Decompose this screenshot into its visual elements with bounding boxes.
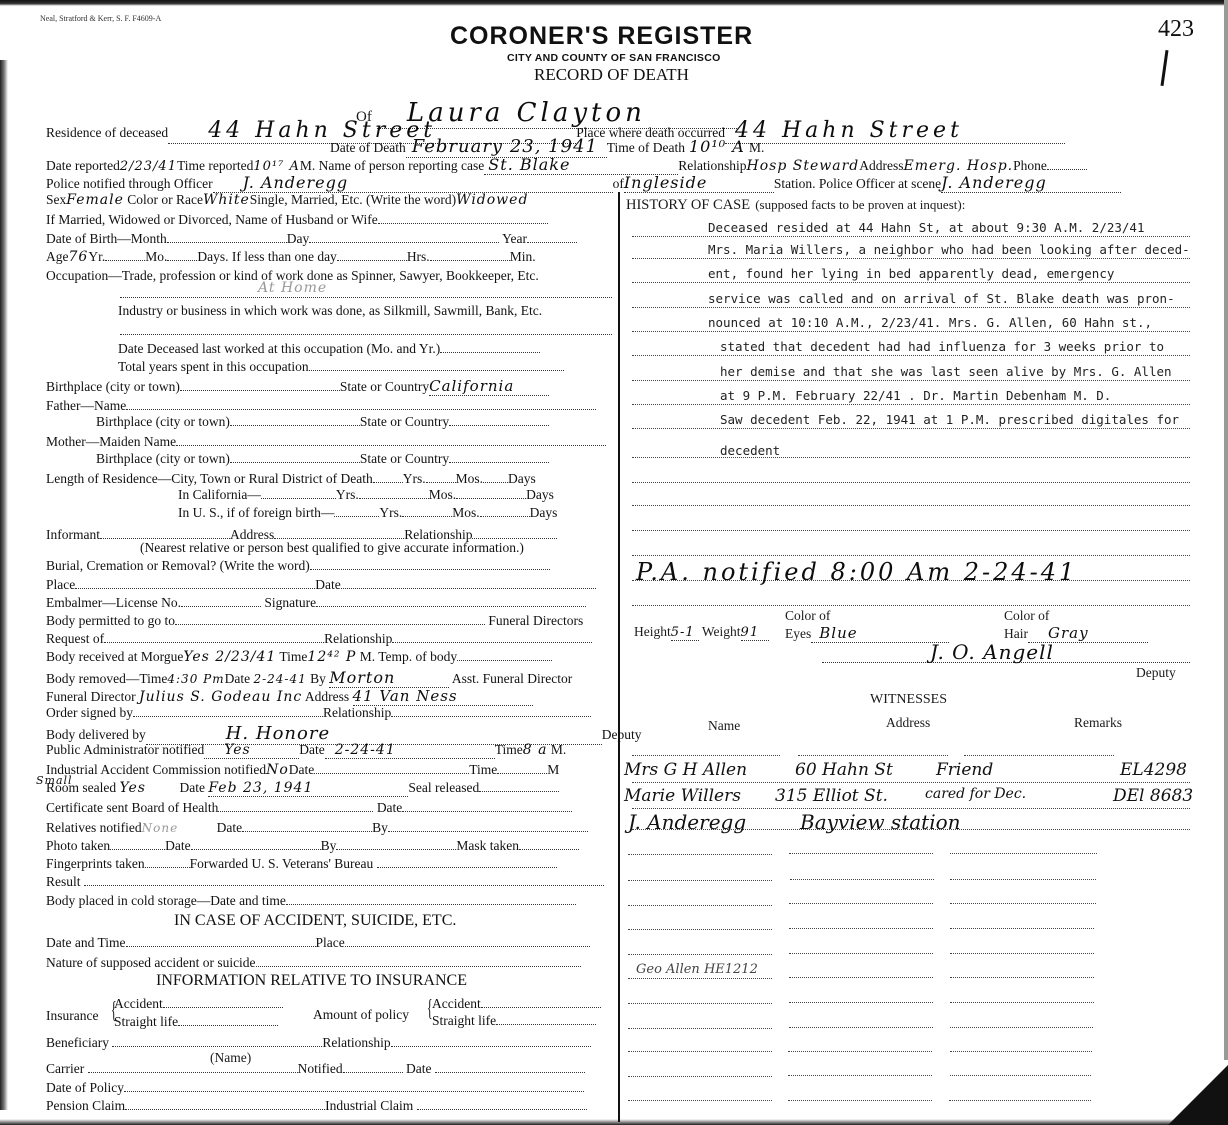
photo-row: Photo takenDateByMask taken [46,838,579,854]
room-value: Yes [120,780,180,796]
race-label: Color or Race [127,192,203,207]
pension-row: Pension ClaimIndustrial Claim [46,1098,587,1114]
informant-note-text: (Nearest relative or person best qualifi… [140,540,524,555]
dob-row: Date of Birth—MonthDay Year [46,231,577,247]
date-reported-value: 2/23/41 [120,159,177,174]
witness-2-remarks: cared for Dec. [925,786,1026,802]
dob-month-label: Date of Birth—Month [46,231,167,246]
pa-date-label: Date [299,742,324,757]
history-line: stated that decedent had had influenza f… [720,339,1164,354]
occupation-line [120,297,612,298]
iac-row: Industrial Accident Commission notifiedN… [46,762,559,778]
witness-3-name: J. Anderegg [628,810,746,834]
station-value: Ingleside [624,173,774,193]
address-label: Address [859,158,903,173]
page-subtitle: CITY AND COUNTY OF SAN FRANCISCO [507,52,721,64]
history-line: decedent [720,443,780,458]
photo-label: Photo taken [46,838,110,853]
pa-label: Public Administrator notified [46,742,204,757]
pension-label: Pension Claim [46,1098,125,1113]
witness-1-phone: EL4298 [1120,760,1187,780]
age-label: Age [46,249,69,264]
relationship-value: Hosp Steward [747,158,860,174]
order-relationship-label: Relationship [323,705,391,720]
height-row: Height5-1 Weight91 [634,624,769,641]
eyes-label: Eyes [785,626,811,641]
record-heading: RECORD OF DEATH [534,65,689,85]
removed-label: Body removed—Time [46,671,167,686]
fd-address-label: Address [305,689,349,704]
spouse-label: If Married, Widowed or Divorced, Name of… [46,212,378,227]
funeral-director-row: Funeral Director Julius S. Godeau Inc Ad… [46,687,533,706]
fingerprints-row: Fingerprints takenForwarded U. S. Vetera… [46,856,557,872]
pa-date-value: 2-24-41 [325,742,495,759]
race-value: White [203,192,250,208]
date-reported-label: Date reported [46,158,120,173]
min-label: Min. [510,249,536,264]
father-label: Father—Name [46,398,126,413]
embalmer-row: Embalmer—License No. Signature [46,595,586,611]
sex-race-row: SexFemale Color or RaceWhiteSingle, Marr… [46,192,528,208]
straight-life-label: Straight life [114,1014,178,1029]
removed-by-label: By [310,671,326,686]
last-worked-row: Date Deceased last worked at this occupa… [118,341,540,357]
eyes-row: EyesBlue [785,624,949,643]
notified-label: Notified [298,1061,343,1076]
witness-3-address: Bayview station [800,810,961,834]
date-reported-row: Date reported2/23/41Time reported10¹⁷ AM… [46,155,1087,175]
relatives-by-label: By [372,820,388,835]
history-line: her demise and that she was last seen al… [720,364,1172,379]
yrs-label: Yrs. [403,471,426,486]
amount-label-row: Amount of policy [313,1007,409,1023]
beneficiary-label: Beneficiary [46,1035,109,1050]
mother-birthplace-row: Birthplace (city or town)State or Countr… [96,451,549,467]
age-value: 76 [69,249,89,265]
burial-row: Burial, Cremation or Removal? (Write the… [46,558,550,574]
photo-by-label: By [321,838,337,853]
place-date-row: PlaceDate [46,577,596,593]
mask-label: Mask taken [456,838,519,853]
iac-date-label: Date [289,762,314,777]
height-label: Height [634,624,671,639]
eyes-value: Blue [811,624,949,643]
received-time-label: Time [279,649,307,664]
insurance-label: Insurance [46,1008,98,1023]
pa-time-label: Time [495,742,523,757]
height-value: 5-1 [671,625,699,641]
received-time-value: 12⁴² P [307,649,356,665]
iac-m-label: M [547,762,559,777]
removed-date-value: 2-24-41 [253,672,306,686]
color-of-label: Color of [1004,608,1049,624]
fd-address-value: 41 Van Ness [353,687,533,706]
straight-life-label: Straight life [432,1013,496,1028]
yrs-label: Yrs. [336,487,359,502]
witness-2-name: Marie Willers [624,786,741,806]
name-reporting-value: St. Blake [484,155,678,175]
accident-datetime-row: Date and TimePlace [46,935,590,951]
father-birthplace-label: Birthplace (city or town) [96,414,230,429]
industry-label: Industry or business in which work was d… [118,303,542,318]
history-line: service was called and on arrival of St.… [708,291,1175,306]
asst-fd-label: Asst. Funeral Director [452,671,572,686]
policy-date-row: Date of Policy [46,1080,584,1096]
page-edge-bottom [0,1119,1228,1125]
deputy-label: Deputy [1136,665,1176,681]
father-row: Father—Name [46,398,596,414]
iac-value: No [266,762,289,778]
request-label: Request of [46,631,104,646]
insurance-straight-row: Straight life [114,1014,278,1030]
witness-col-name: Name [708,718,740,734]
insurance-heading: INFORMATION RELATIVE TO INSURANCE [156,972,467,990]
room-date-value: Feb 23, 1941 [208,780,408,797]
relatives-value: None [142,821,217,835]
deputy-label: Deputy [602,727,642,742]
embalmer-label: Embalmer—License No. [46,595,181,610]
state-country-label: State or Country [360,451,449,466]
police-row: Police notified through OfficerJ. Andere… [46,173,1121,193]
days-label: Days. If less than one day [197,249,336,264]
m-label: M. [551,742,566,757]
amount-accident-row: Accident [432,996,601,1012]
days-label: Days [508,471,536,486]
birthplace-row: Birthplace (city or town)State or Countr… [46,377,549,396]
residence-label: Residence of deceased [46,125,168,140]
funeral-directors-label: Funeral Directors [488,613,583,628]
public-admin-row: Public Administrator notifiedYesDate2-24… [46,742,566,759]
cold-storage-row: Body placed in cold storage—Date and tim… [46,893,576,909]
time-death-label: Time of Death [607,140,685,155]
birth-state-value: California [429,377,549,396]
extra-witness-note: Geo Allen HE1212 [636,962,758,977]
removed-row: Body removed—Time4:30 PmDate 2-24-41 By … [46,668,572,688]
industry-line [120,334,612,335]
state-country-label: State or Country [340,379,429,394]
permitted-row: Body permitted to go to Funeral Director… [46,613,583,629]
accident-label: Accident [432,996,481,1011]
time-reported-value: 10¹⁷ A [253,159,300,174]
result-row: Result [46,874,604,890]
birthplace-label: Birthplace (city or town) [46,379,180,394]
mo-label: Mo. [145,249,167,264]
history-line: nounced at 10:10 A.M., 2/23/41. Mrs. G. … [708,315,1152,330]
room-date-label: Date [180,780,205,795]
signature-label: Signature [264,595,316,610]
informant-note: (Nearest relative or person best qualifi… [140,540,524,556]
column-divider [618,192,620,1122]
history-line: ent, found her lying in bed apparently d… [708,266,1114,281]
occupation-value: At Home [258,280,327,296]
pa-time-value: 8 a [523,742,548,758]
page-tick-mark [1161,50,1169,86]
witness-col-remarks: Remarks [1074,715,1122,731]
mother-birthplace-label: Birthplace (city or town) [96,451,230,466]
informant-label: Informant [46,527,100,542]
burial-label: Burial, Cremation or Removal? (Write the… [46,558,310,573]
weight-label: Weight [702,624,741,639]
received-label: Body received at Morgue [46,649,183,664]
date-label: Date [315,577,340,592]
page-title: CORONER'S REGISTER [450,22,753,51]
accident-heading: IN CASE OF ACCIDENT, SUICIDE, ETC. [174,912,456,930]
mother-row: Mother—Maiden Name [46,434,606,450]
morgue-row: Body received at MorgueYes 2/23/41 Time1… [46,649,552,665]
in-california-row: In California—Yrs.Mos.Days [178,487,554,503]
history-line: Saw decedent Feb. 22, 1941 at 1 P.M. pre… [720,412,1179,427]
nature-row: Nature of supposed accident or suicide [46,955,581,971]
cold-label: Body placed in cold storage—Date and tim… [46,893,286,908]
deputy-signature: J. O. Angell [930,640,1054,664]
station-label: Station. Police Officer at scene [774,176,941,191]
witness-2-address: 315 Elliot St. [775,786,888,806]
relationship-label: Relationship [678,158,746,173]
photo-date-label: Date [165,838,190,853]
total-years-row: Total years spent in this occupation [118,359,564,375]
of-station-label: of [613,176,624,191]
nature-label: Nature of supposed accident or suicide [46,955,256,970]
printer-imprint: Neal, Stratford & Kerr, S. F. F4609-A [40,14,161,23]
yrs-label: Yrs. [379,505,402,520]
page-corner [1168,1065,1228,1125]
residence-length-label: Length of Residence—City, Town or Rural … [46,471,373,486]
industrial-claim-label: Industrial Claim [325,1098,413,1113]
in-us-row: In U. S., if of foreign birth—Yrs.Mos.Da… [178,505,557,521]
removed-by-value: Morton [329,668,449,688]
place-label: Place [46,577,75,592]
marital-label: Single, Married, Etc. (Write the word) [250,192,456,207]
in-us-label: In U. S., if of foreign birth— [178,505,334,520]
phone-label: Phone [1013,158,1047,173]
seal-label: Seal released [408,780,479,795]
carrier-row: Carrier Notified Date [46,1061,585,1077]
weight-value: 91 [741,625,769,641]
accident-label: Accident [114,996,163,1011]
delivered-label: Body delivered by [46,727,146,742]
residence-length-row: Length of Residence—City, Town or Rural … [46,471,536,487]
relatives-label: Relatives notified [46,820,142,835]
mos-label: Mos. [429,487,456,502]
mother-label: Mother—Maiden Name [46,434,176,449]
days-label: Days [526,487,554,502]
certificate-row: Certificate sent Board of Health Date [46,800,572,816]
cert-date-label: Date [377,800,402,815]
pa-value: Yes [204,742,299,759]
temp-label: M. Temp. of body [360,649,457,664]
iac-label: Industrial Accident Commission notified [46,762,266,777]
police-label: Police notified through Officer [46,176,213,191]
m-label: M. [749,140,764,155]
hrs-label: Hrs. [407,249,430,264]
history-heading: HISTORY OF CASE [626,197,750,213]
place-value: 44 Hahn Street [725,118,1065,144]
book-binding [0,60,8,1110]
witness-1-remarks: Friend [936,760,993,780]
age-row: Age76Yr.Mo.Days. If less than one dayHrs… [46,249,536,265]
request-row: Request ofRelationship [46,631,592,647]
time-death-value: 10¹⁰ A [685,137,749,156]
sex-label: Sex [46,192,66,207]
page-edge [0,0,1228,6]
witnesses-heading: WITNESSES [870,692,947,708]
witness-1-address: 60 Hahn St [795,760,893,780]
room-label: Room sealed [46,780,116,795]
father-birthplace-row: Birthplace (city or town)State or Countr… [96,414,549,430]
spouse-row: If Married, Widowed or Divorced, Name of… [46,212,548,228]
carrier-label: Carrier [46,1061,84,1076]
fingerprints-label: Fingerprints taken [46,856,145,871]
cert-label: Certificate sent Board of Health [46,800,218,815]
amount-label: Amount of policy [313,1007,409,1022]
amount-straight-row: Straight life [432,1013,596,1029]
fd-label: Funeral Director [46,689,136,704]
acc-place-label: Place [316,935,345,950]
time-reported-label: Time reported [177,158,253,173]
relationship-label: Relationship [324,631,392,646]
hair-label: Hair [1004,626,1028,641]
dob-day-label: Day [287,231,310,246]
witness-col-address: Address [886,715,930,731]
sex-value: Female [66,192,124,208]
mos-label: Mos. [452,505,479,520]
veterans-label: Forwarded U. S. Veterans' Bureau [190,856,374,871]
result-label: Result [46,874,81,889]
carrier-date-label: Date [406,1061,431,1076]
removed-date-label: Date [225,671,250,686]
relatives-row: Relatives notifiedNoneDateBy [46,820,588,836]
officer-scene-value: J. Anderegg [941,173,1121,193]
industry-row: Industry or business in which work was d… [118,303,542,319]
acc-datetime-label: Date and Time [46,935,126,950]
police-officer-value: J. Anderegg [213,173,613,193]
days-label: Days [530,505,558,520]
history-line: at 9 P.M. February 22/41 . Dr. Martin De… [720,388,1111,403]
name-reporting-label: M. Name of person reporting case [300,158,484,173]
history-line: Mrs. Maria Willers, a neighbor who had b… [708,242,1190,257]
dob-year-label: Year [502,231,527,246]
state-country-label: State or Country [360,414,449,429]
order-row: Order signed byRelationship [46,705,591,721]
page-edge-right [1224,0,1228,1060]
beneficiary-row: Beneficiary Relationship [46,1035,591,1051]
policy-date-label: Date of Policy [46,1080,124,1095]
history-line: Deceased resided at 44 Hahn St, at about… [708,220,1145,235]
date-death-label: Date of Death [330,140,406,155]
insurance-label-row: Insurance [46,1008,98,1024]
permitted-label: Body permitted to go to [46,613,175,628]
beneficiary-relationship-label: Relationship [322,1035,390,1050]
total-years-label: Total years spent in this occupation [118,359,309,374]
insurance-accident-row: Accident [114,996,283,1012]
history-heading-row: HISTORY OF CASE (supposed facts to be pr… [626,194,965,214]
marital-value: Widowed [456,192,528,208]
witness-2-phone: DEl 8683 [1113,786,1193,806]
yr-label: Yr. [88,249,105,264]
order-label: Order signed by [46,705,133,720]
room-sealed-row: Room sealed YesDate Feb 23, 1941Seal rel… [46,780,559,797]
witness-1-name: Mrs G H Allen [624,760,747,780]
address-value: Emerg. Hosp. [904,158,1014,174]
fd-value: Julius S. Godeau Inc [139,689,302,705]
in-california-label: In California— [178,487,261,502]
removed-time-value: 4:30 Pm [167,672,224,686]
received-value: Yes 2/23/41 [183,649,276,665]
color-of-label: Color of [785,608,830,624]
page-number: 423 [1158,16,1194,43]
history-subheading: (supposed facts to be proven at inquest)… [755,197,965,212]
iac-time-label: Time [469,762,497,777]
pa-notified-note: P.A. notified 8:00 Am 2-24-41 [636,558,1077,586]
last-worked-label: Date Deceased last worked at this occupa… [118,341,440,356]
relatives-date-label: Date [217,820,242,835]
mos-label: Mos. [456,471,483,486]
